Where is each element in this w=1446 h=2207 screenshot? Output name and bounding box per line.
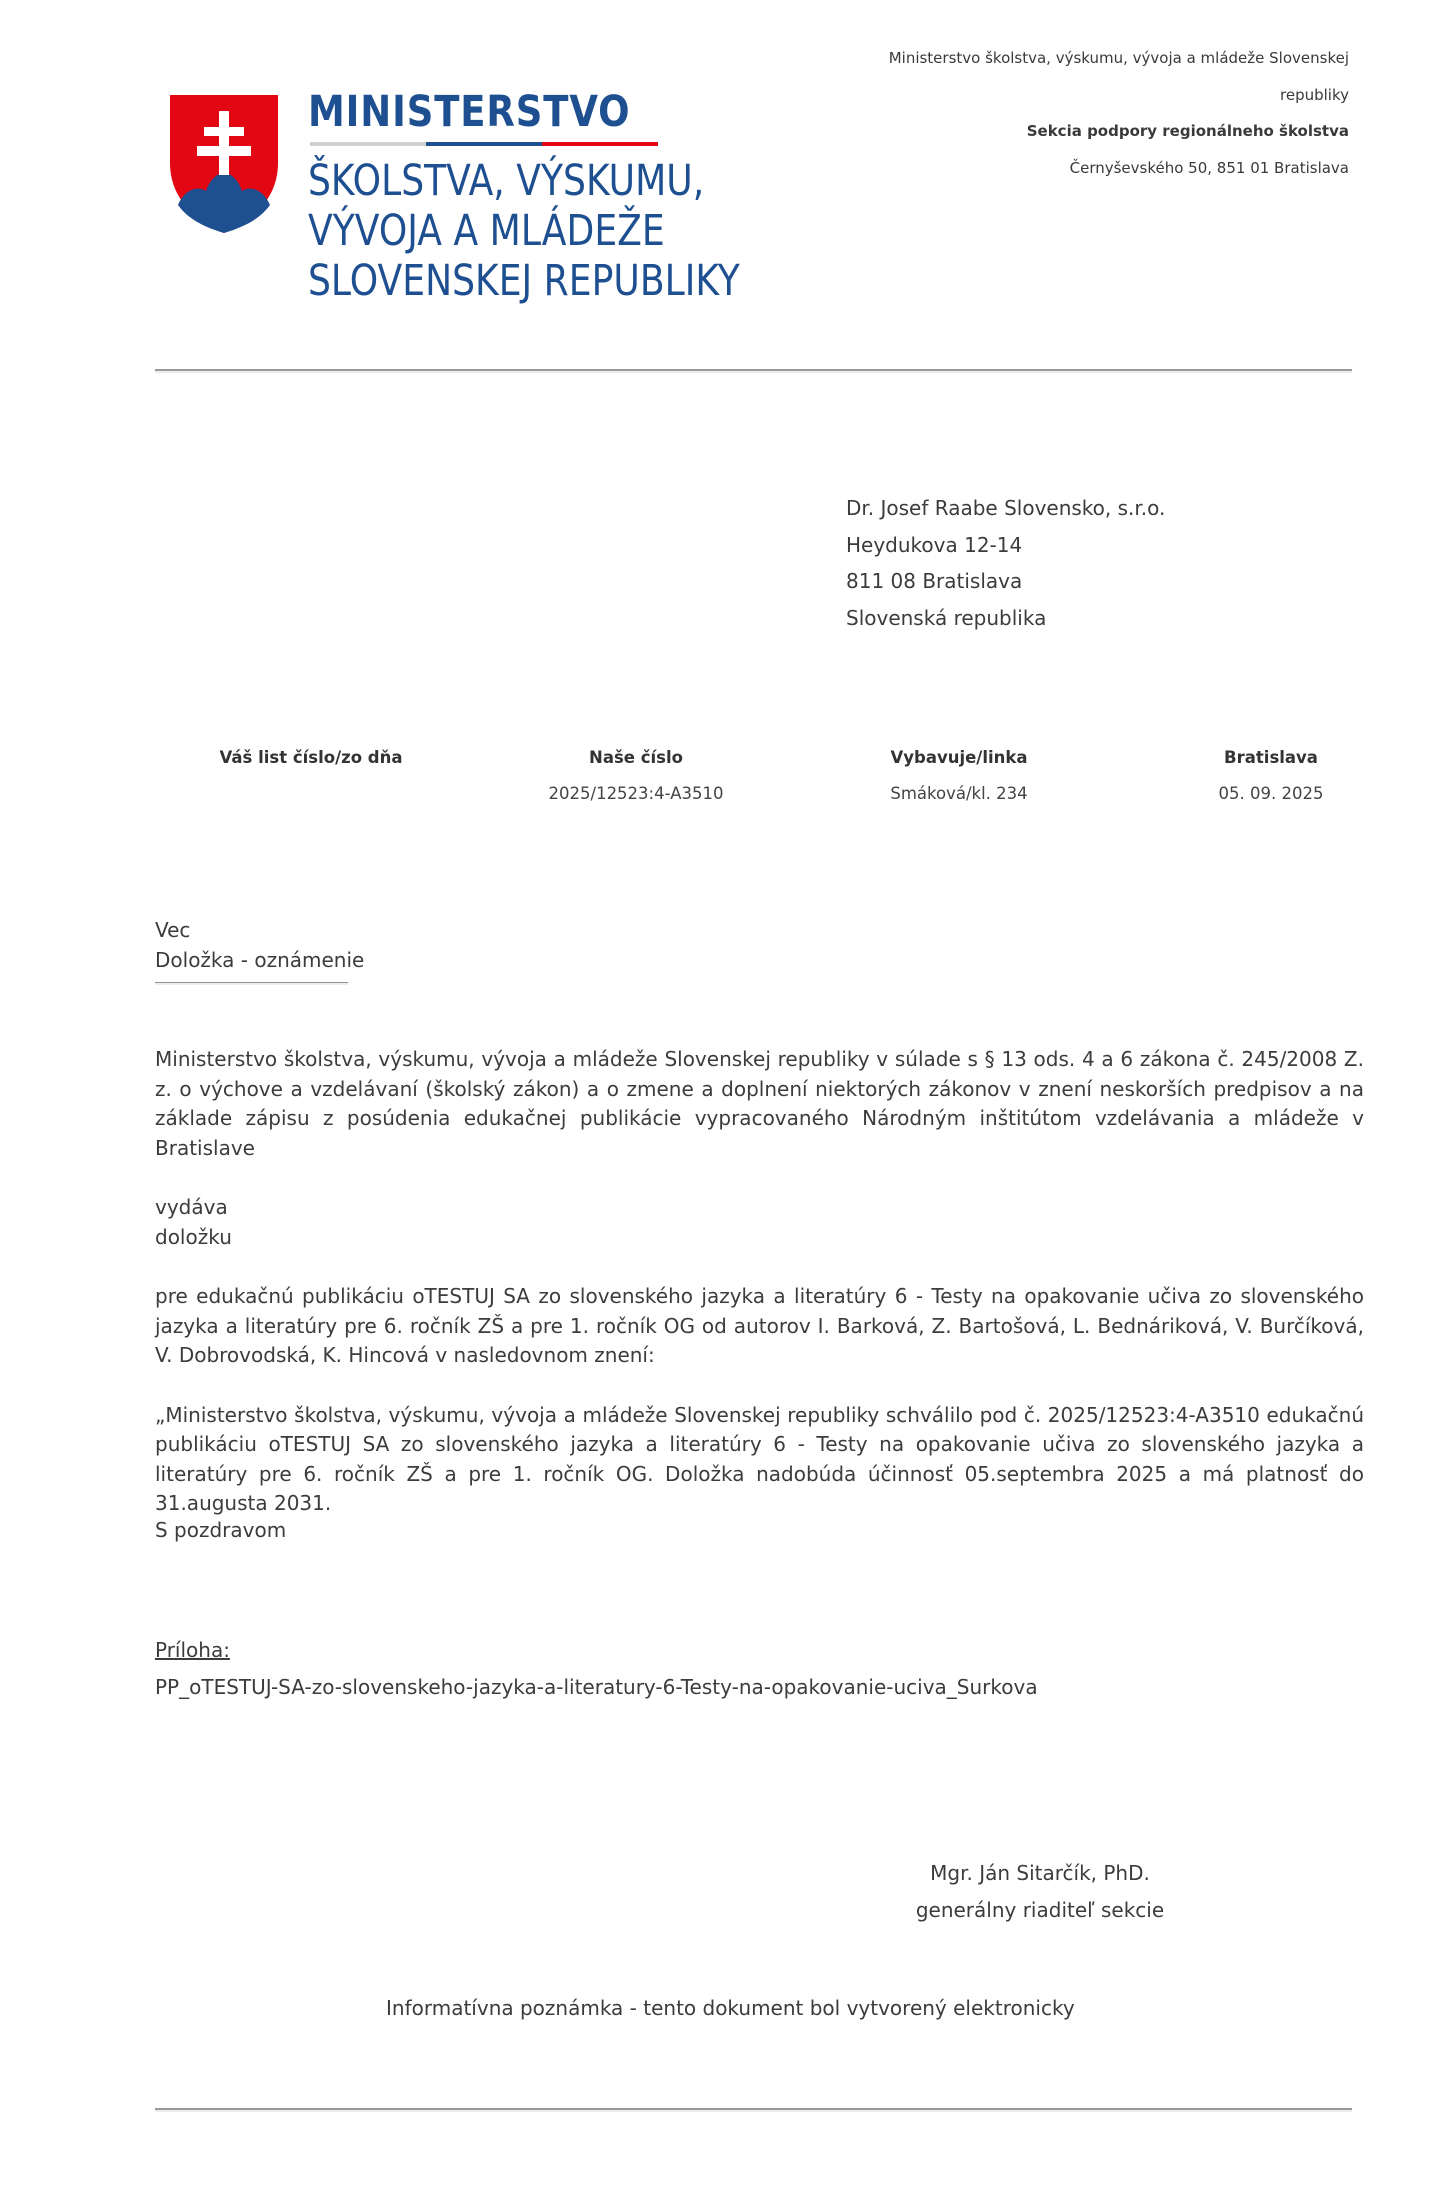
sender-address: Černyševského 50, 851 01 Bratislava <box>889 150 1349 187</box>
sender-block: Ministerstvo školstva, výskumu, vývoja a… <box>889 40 1349 186</box>
body-publication: pre edukačnú publikáciu oTESTUJ SA zo sl… <box>155 1282 1364 1371</box>
sender-section: Sekcia podpory regionálneho školstva <box>889 113 1349 150</box>
subject-title: Doložka - oznámenie <box>155 945 364 975</box>
logo-line-1: MINISTERSTVO <box>308 86 630 138</box>
recipient-city: 811 08 Bratislava <box>846 563 1165 600</box>
subject-block: Vec Doložka - oznámenie <box>155 915 364 975</box>
recipient-country: Slovenská republika <box>846 600 1165 637</box>
informative-note: Informatívna poznámka - tento dokument b… <box>386 1993 1075 2023</box>
reference-col-our-number: Naše číslo 2025/12523:4-A3510 <box>506 740 766 812</box>
reference-header: Vybavuje/linka <box>829 740 1089 776</box>
recipient-street: Heydukova 12-14 <box>846 527 1165 564</box>
footer-divider <box>155 2108 1352 2112</box>
body-intro: Ministerstvo školstva, výskumu, vývoja a… <box>155 1045 1364 1163</box>
sender-org-line1: Ministerstvo školstva, výskumu, vývoja a… <box>889 40 1349 77</box>
body-clause: doložku <box>155 1223 1364 1253</box>
reference-value: 2025/12523:4-A3510 <box>506 776 766 812</box>
letter-body: Ministerstvo školstva, výskumu, vývoja a… <box>155 1045 1364 1519</box>
attachment-label: Príloha: <box>155 1635 230 1665</box>
slovak-coat-of-arms-icon <box>168 93 280 235</box>
attachment-name: PP_oTESTUJ-SA-zo-slovenskeho-jazyka-a-li… <box>155 1672 1038 1702</box>
reference-col-handled-by: Vybavuje/linka Smáková/kl. 234 <box>829 740 1089 812</box>
body-issues: vydáva <box>155 1193 1364 1223</box>
subject-underline <box>155 982 348 985</box>
signatory-title: generálny riaditeľ sekcie <box>880 1892 1200 1929</box>
body-quote: „Ministerstvo školstva, výskumu, vývoja … <box>155 1401 1364 1519</box>
subject-label: Vec <box>155 915 364 945</box>
closing-greeting: S pozdravom <box>155 1515 286 1545</box>
reference-value <box>181 776 441 812</box>
sender-org-line2: republiky <box>889 77 1349 114</box>
reference-header: Váš list číslo/zo dňa <box>181 740 441 776</box>
reference-header: Naše číslo <box>506 740 766 776</box>
logo-line-3: VÝVOJA A MLÁDEŽE <box>308 206 740 256</box>
logo-tricolor-bar <box>310 142 658 146</box>
logo-line-2: ŠKOLSTVA, VÝSKUMU, <box>308 156 740 206</box>
ministry-logo: MINISTERSTVO ŠKOLSTVA, VÝSKUMU, VÝVOJA A… <box>308 86 868 316</box>
signatory-name: Mgr. Ján Sitarčík, PhD. <box>880 1855 1200 1892</box>
reference-col-your-letter: Váš list číslo/zo dňa <box>181 740 441 812</box>
reference-value: Smáková/kl. 234 <box>829 776 1089 812</box>
logo-lines: ŠKOLSTVA, VÝSKUMU, VÝVOJA A MLÁDEŽE SLOV… <box>308 156 740 306</box>
reference-header: Bratislava <box>1141 740 1401 776</box>
reference-col-date: Bratislava 05. 09. 2025 <box>1141 740 1401 812</box>
signature-block: Mgr. Ján Sitarčík, PhD. generálny riadit… <box>880 1855 1200 1929</box>
header-divider <box>155 369 1352 373</box>
recipient-name: Dr. Josef Raabe Slovensko, s.r.o. <box>846 490 1165 527</box>
recipient-address: Dr. Josef Raabe Slovensko, s.r.o. Heyduk… <box>846 490 1165 636</box>
logo-line-4: SLOVENSKEJ REPUBLIKY <box>308 256 740 306</box>
reference-value: 05. 09. 2025 <box>1141 776 1401 812</box>
